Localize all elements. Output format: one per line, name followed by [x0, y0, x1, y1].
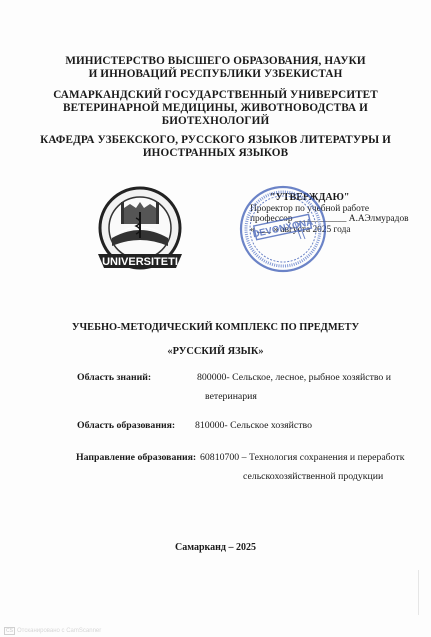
department-line-1: КАФЕДРА УЗБЕКСКОГО, РУССКОГО ЯЗЫКОВ ЛИТЕ…	[0, 134, 431, 147]
official-stamp-icon: DEVONXONA	[237, 183, 329, 275]
scan-edge-line	[418, 570, 419, 615]
document-title: УЧЕБНО-МЕТОДИЧЕСКИЙ КОМПЛЕКС ПО ПРЕДМЕТУ	[0, 322, 431, 333]
department-heading: КАФЕДРА УЗБЕКСКОГО, РУССКОГО ЯЗЫКОВ ЛИТЕ…	[0, 134, 431, 160]
svg-text:UNIVERSITETI: UNIVERSITETI	[102, 256, 178, 268]
university-line-3: БИОТЕХНОЛОГИЙ	[0, 115, 431, 128]
camscanner-icon: CS	[4, 627, 15, 635]
ministry-heading: МИНИСТЕРСТВО ВЫСШЕГО ОБРАЗОВАНИЯ, НАУКИ …	[0, 55, 431, 81]
department-line-2: ИНОСТРАННЫХ ЯЗЫКОВ	[0, 147, 431, 160]
university-line-1: САМАРКАНДСКИЙ ГОСУДАРСТВЕННЫЙ УНИВЕРСИТЕ…	[0, 89, 431, 102]
field-label-direction: Направление образования:	[76, 452, 196, 463]
field-value-direction-cont: сельскохозяйственной продукции	[243, 471, 383, 482]
field-value-knowledge-cont: ветеринария	[205, 391, 257, 402]
university-line-2: ВЕТЕРИНАРНОЙ МЕДИЦИНЫ, ЖИВОТНОВОДСТВА И	[0, 102, 431, 115]
scanner-watermark: CS Отсканировано с CamScanner	[4, 627, 101, 635]
field-value-education-area: 810000- Сельское хозяйство	[195, 420, 312, 431]
field-label-knowledge: Область знаний:	[77, 372, 151, 383]
ministry-line-2: И ИННОВАЦИЙ РЕСПУБЛИКИ УЗБЕКИСТАН	[0, 68, 431, 81]
city-year: Самарканд – 2025	[0, 542, 431, 553]
field-value-direction: 60810700 – Технология сохранения и перер…	[200, 452, 404, 463]
university-emblem-icon: UNIVERSITETI	[90, 182, 190, 282]
ministry-line-1: МИНИСТЕРСТВО ВЫСШЕГО ОБРАЗОВАНИЯ, НАУКИ	[0, 55, 431, 68]
watermark-text: Отсканировано с CamScanner	[17, 628, 101, 634]
field-label-education-area: Область образования:	[77, 420, 175, 431]
document-page: МИНИСТЕРСТВО ВЫСШЕГО ОБРАЗОВАНИЯ, НАУКИ …	[0, 0, 431, 637]
subject-title: «РУССКИЙ ЯЗЫК»	[0, 346, 431, 357]
university-heading: САМАРКАНДСКИЙ ГОСУДАРСТВЕННЫЙ УНИВЕРСИТЕ…	[0, 89, 431, 128]
field-value-knowledge: 800000- Сельское, лесное, рыбное хозяйст…	[197, 372, 391, 383]
